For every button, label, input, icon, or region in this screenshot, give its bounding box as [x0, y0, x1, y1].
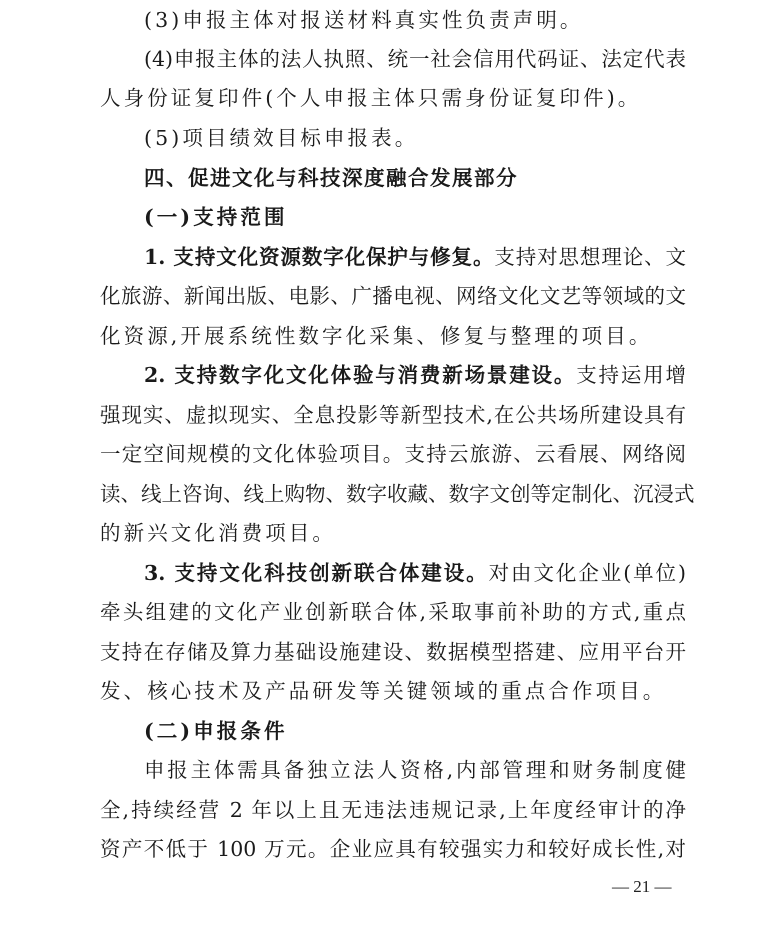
- numbered-item-3-body: 对由文化企业(单位): [489, 561, 686, 585]
- numbered-item-2-body: 支持运用增: [576, 363, 686, 387]
- paragraph-line: 全,持续经营 2 年以上且无违法违规记录,上年度经审计的净: [100, 790, 686, 830]
- page-number: — 21 —: [612, 877, 672, 897]
- list-item-5: (5)项目绩效目标申报表。: [144, 118, 686, 158]
- numbered-item-3: 3. 支持文化科技创新联合体建设。对由文化企业(单位): [144, 553, 686, 593]
- subsection-heading-scope: (一)支持范围: [144, 197, 686, 237]
- paragraph-line: 读、线上咨询、线上购物、数字收藏、数字文创等定制化、沉浸式: [100, 474, 686, 514]
- paragraph-line: 的新兴文化消费项目。: [100, 513, 686, 553]
- paragraph-line: 强现实、虚拟现实、全息投影等新型技术,在公共场所建设具有: [100, 395, 686, 435]
- list-item-3: (3)申报主体对报送材料真实性负责声明。: [144, 0, 686, 40]
- numbered-item-1-title: 1. 支持文化资源数字化保护与修复。: [144, 245, 494, 269]
- list-item-4-continued: 人身份证复印件(个人申报主体只需身份证复印件)。: [100, 78, 686, 118]
- numbered-item-1-body: 支持对思想理论、文: [494, 245, 686, 269]
- subsection-heading-conditions: (二)申报条件: [144, 711, 686, 751]
- section-heading: 四、促进文化与科技深度融合发展部分: [144, 158, 686, 198]
- paragraph-line: 支持在存储及算力基础设施建设、数据模型搭建、应用平台开: [100, 632, 686, 672]
- paragraph-line: 化资源,开展系统性数字化采集、修复与整理的项目。: [100, 316, 686, 356]
- list-item-4: (4)申报主体的法人执照、统一社会信用代码证、法定代表: [144, 39, 686, 79]
- paragraph-line: 资产不低于 100 万元。企业应具有较强实力和较好成长性,对: [100, 829, 686, 869]
- paragraph-line: 申报主体需具备独立法人资格,内部管理和财务制度健: [144, 750, 686, 790]
- paragraph-line: 一定空间规模的文化体验项目。支持云旅游、云看展、网络阅: [100, 434, 686, 474]
- paragraph-line: 发、核心技术及产品研发等关键领域的重点合作项目。: [100, 671, 686, 711]
- numbered-item-2-title: 2. 支持数字化文化体验与消费新场景建设。: [144, 363, 576, 387]
- paragraph-line: 牵头组建的文化产业创新联合体,采取事前补助的方式,重点: [100, 592, 686, 632]
- numbered-item-3-title: 3. 支持文化科技创新联合体建设。: [144, 561, 489, 585]
- numbered-item-1: 1. 支持文化资源数字化保护与修复。支持对思想理论、文: [144, 237, 686, 277]
- paragraph-line: 化旅游、新闻出版、电影、广播电视、网络文化文艺等领域的文: [100, 276, 686, 316]
- numbered-item-2: 2. 支持数字化文化体验与消费新场景建设。支持运用增: [144, 355, 686, 395]
